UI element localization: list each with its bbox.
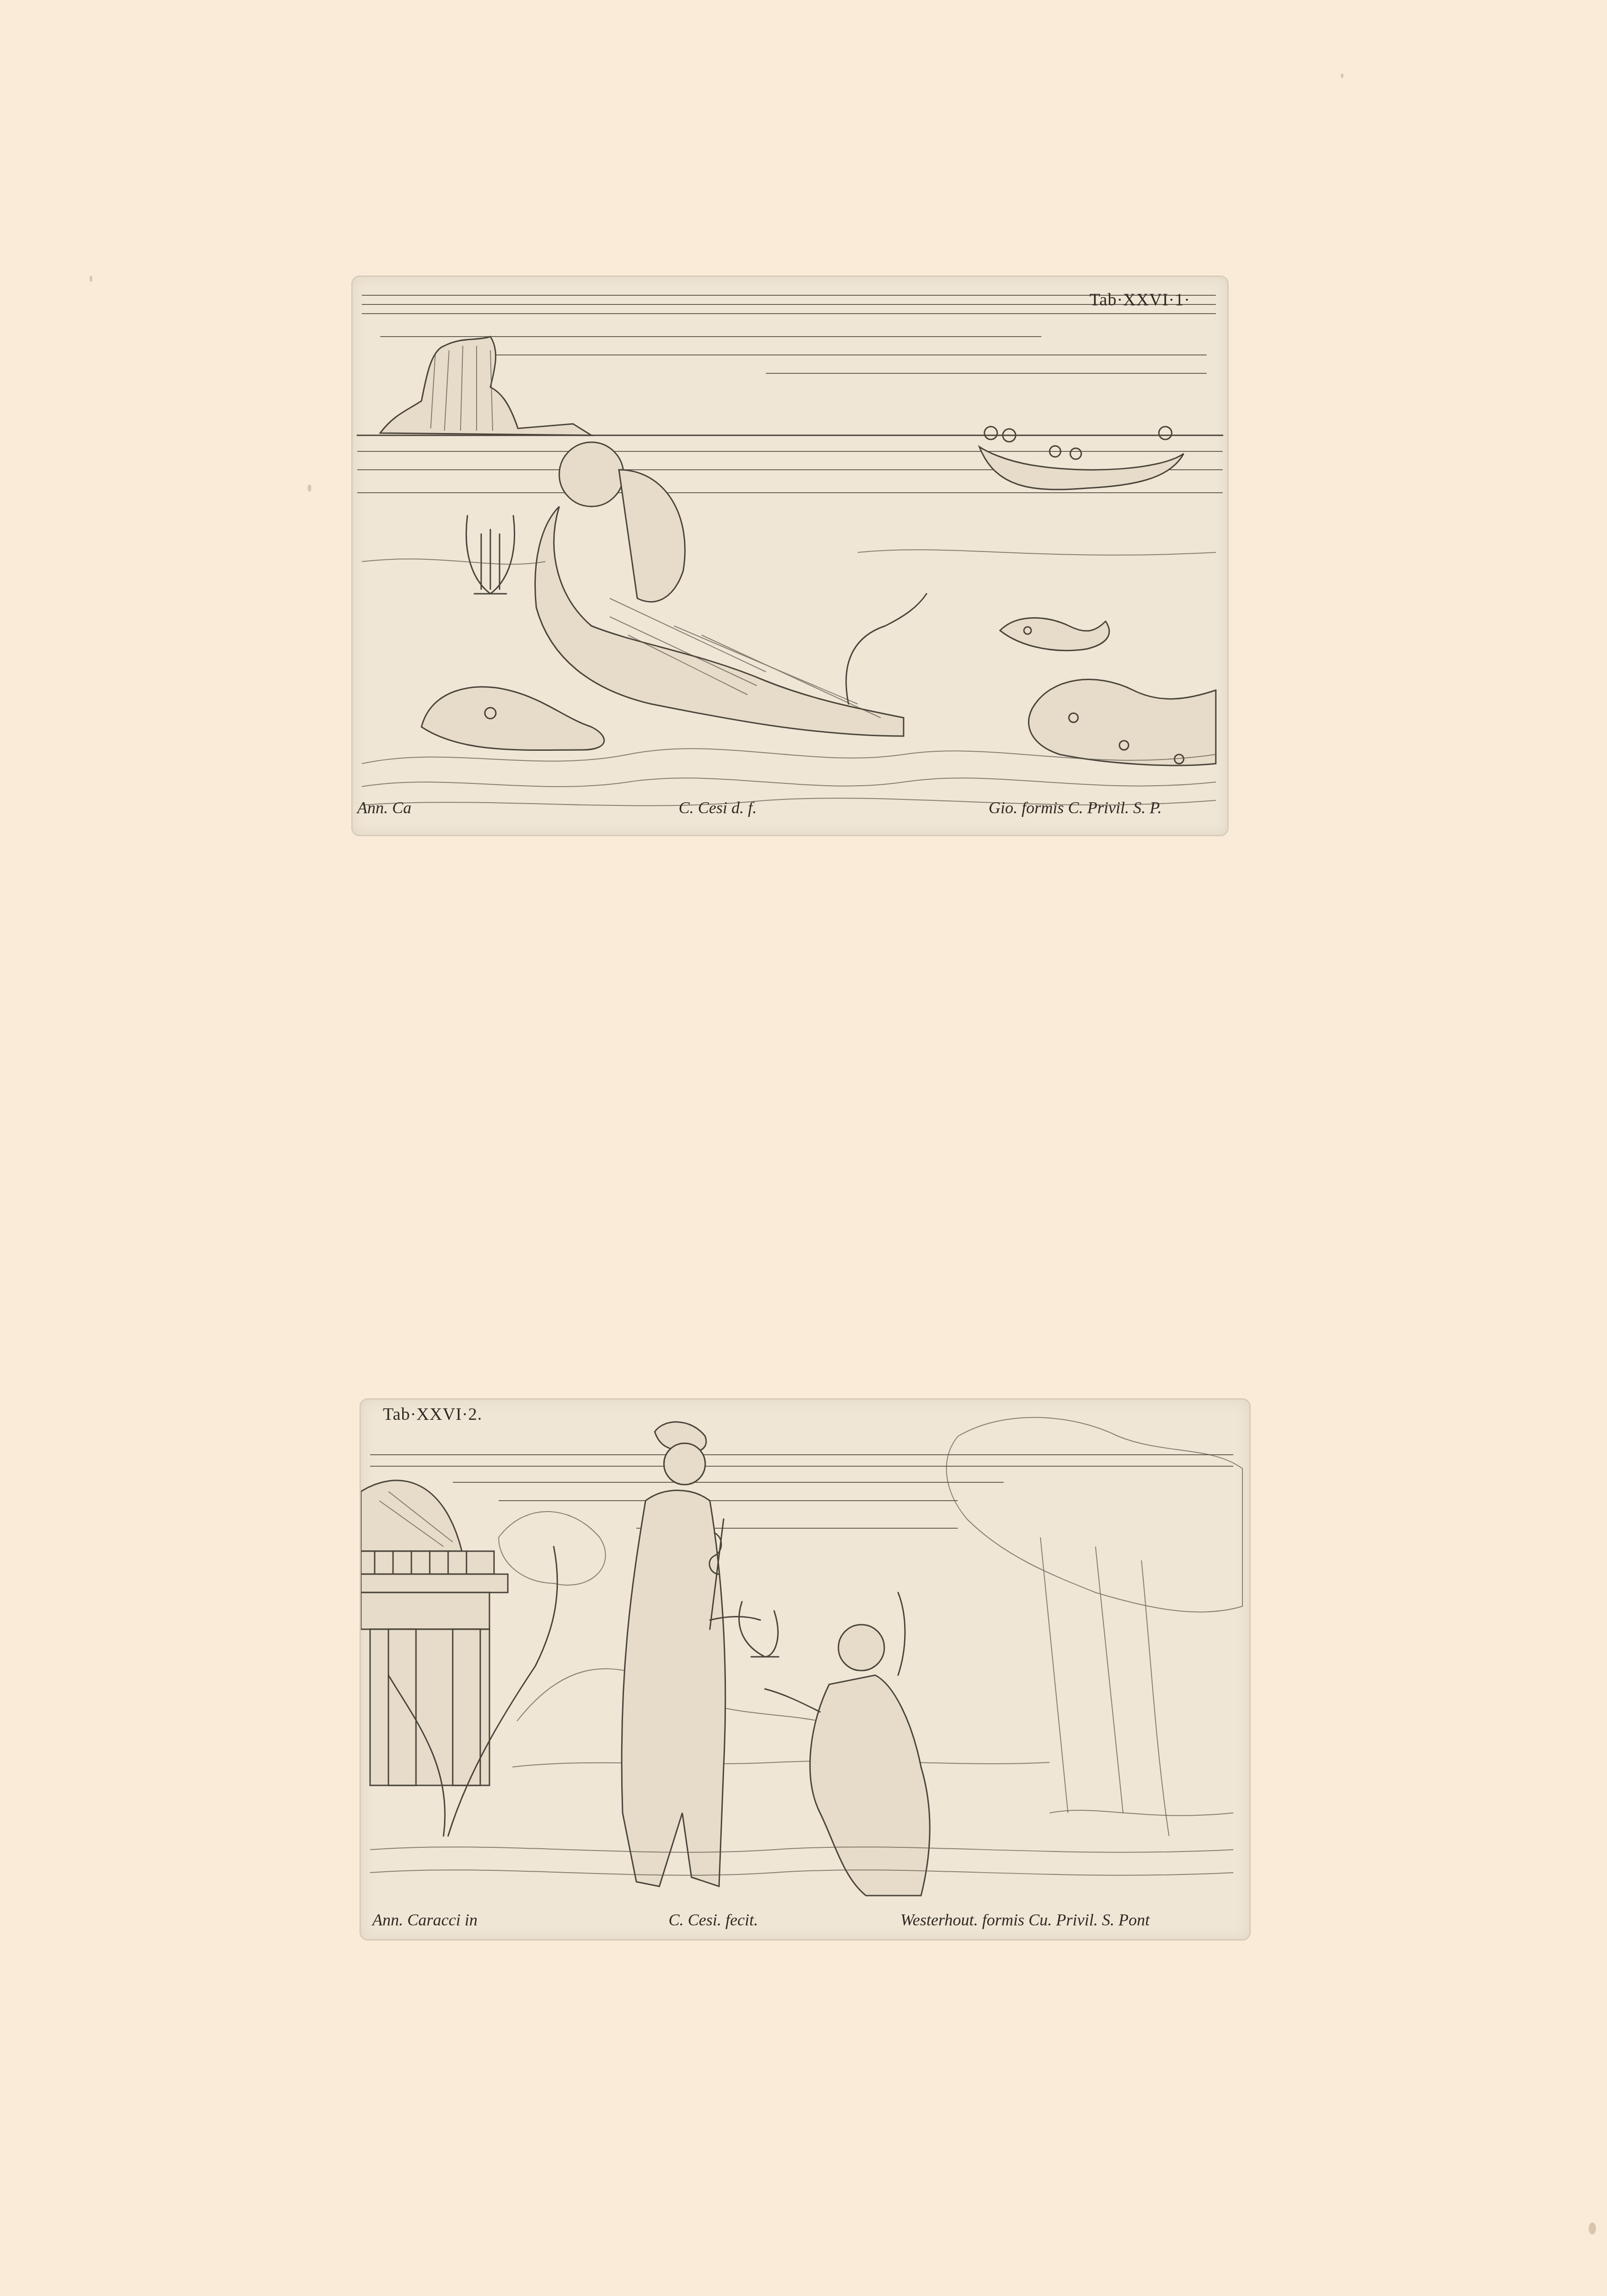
etching-plate-top: Tab·XXVI·1· Ann. Ca C. Cesi d. f. Gio. f…	[351, 276, 1229, 836]
sea-scene-illustration	[353, 277, 1227, 835]
dolphin	[421, 687, 604, 750]
sea-monsters	[1000, 618, 1216, 765]
standing-figure-caduceus	[622, 1422, 760, 1886]
kneeling-youth	[765, 1593, 930, 1896]
inscription-inventor: Ann. Ca	[357, 798, 411, 817]
lyre-figure	[466, 442, 904, 736]
inscription-engraver: C. Cesi. fecit.	[669, 1910, 758, 1930]
paper-speck	[308, 484, 311, 492]
lyre-icon	[739, 1602, 779, 1657]
paper-speck	[1589, 2223, 1596, 2234]
paper-speck	[1341, 73, 1343, 78]
inscription-publisher: Westerhout. formis Cu. Privil. S. Pont	[900, 1910, 1150, 1930]
lyre-icon	[466, 516, 514, 594]
inscription-inventor: Ann. Caracci in	[372, 1910, 478, 1930]
inscription-publisher: Gio. formis C. Privil. S. P.	[989, 798, 1162, 817]
inscription-engraver: C. Cesi d. f.	[679, 798, 757, 817]
etching-plate-bottom: Tab·XXVI·2. Ann. Caracci in C. Cesi. fec…	[360, 1398, 1251, 1941]
domed-tempietto	[361, 1480, 508, 1785]
landscape-scene-illustration	[361, 1400, 1249, 1939]
trees	[946, 1418, 1242, 1836]
plate-number: Tab·XXVI·1·	[1090, 290, 1190, 310]
plate-number: Tab·XXVI·2.	[383, 1404, 482, 1424]
rocky-island	[380, 337, 591, 435]
paper-speck	[90, 276, 92, 282]
